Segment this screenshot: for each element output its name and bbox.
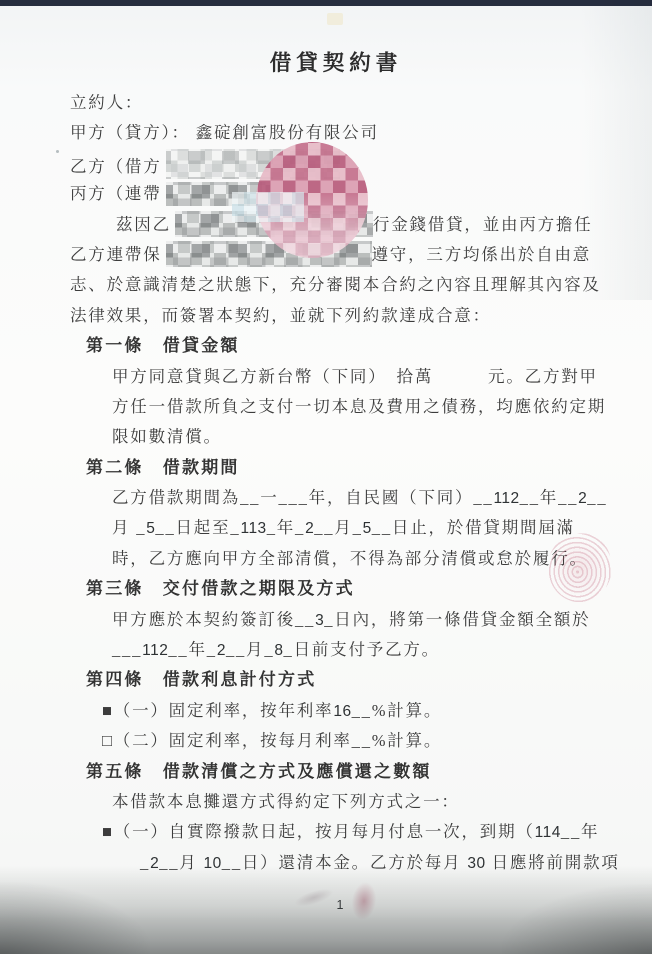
filled-in-number: 2 xyxy=(150,855,159,872)
text-line: 甲方應於本契約簽訂後__3_日內，將第一條借貸金額全額於 xyxy=(112,605,602,635)
text-segment: 甲方應於本契約簽訂後__ xyxy=(112,610,315,629)
section-heading: 第三條 交付借款之期限及方式 xyxy=(86,574,602,604)
filled-in-number: 2 xyxy=(578,490,587,507)
text-line: □（二）固定利率，按每月利率__%計算。 xyxy=(102,726,602,756)
filled-in-number: 5 xyxy=(363,520,372,537)
text-segment: __日）還清本金。乙方於每月 xyxy=(222,853,468,872)
paper-speck xyxy=(327,13,343,25)
text-segment: __月_ xyxy=(314,518,362,537)
text-segment: 時，乙方應向甲方全部清償，不得為部分清償或怠於履行。 xyxy=(112,549,588,568)
text-segment: 志、於意識清楚之狀態下，充分審閱本合約之內容且理解其內容及 xyxy=(70,275,601,294)
text-segment: 本借款本息攤還方式得約定下列方式之一： xyxy=(112,792,460,811)
text-segment: __日起至_ xyxy=(155,518,240,537)
text-segment: 茲因乙 xyxy=(116,215,171,234)
text-segment: __月_ xyxy=(226,640,274,659)
filled-in-number: 8 xyxy=(274,642,283,659)
text-segment: 第五條 借款清償之方式及應償還之數額 xyxy=(86,762,432,781)
filled-in-number: 113 xyxy=(240,520,266,537)
text-segment: _日前支付予乙方。 xyxy=(284,640,440,659)
text-segment: ■（一）固定利率，按年利率 xyxy=(102,701,333,720)
text-line: ■（一）自實際撥款日起，按月每月付息一次，到期（114__年 xyxy=(102,817,602,847)
text-segment: __年 xyxy=(561,822,599,841)
text-segment: 法律效果，而簽署本契約，並就下列約款達成合意： xyxy=(70,306,491,325)
text-segment: 丙方（連帶 xyxy=(70,184,162,203)
section-heading: 第一條 借貸金額 xyxy=(86,331,602,361)
text-segment: 限如數清償。 xyxy=(112,427,222,446)
filled-in-number: 2 xyxy=(305,520,314,537)
text-segment: ___ xyxy=(112,640,142,659)
text-segment: __日止，於借貸期間屆滿 xyxy=(372,518,575,537)
scan-edge-bar xyxy=(0,0,652,6)
filled-in-number: 112 xyxy=(493,490,519,507)
text-line: ___112__年_2__月_8_日前支付予乙方。 xyxy=(112,635,602,665)
scan-shadow xyxy=(0,882,150,954)
text-line: 甲方同意貸與乙方新台幣（下同） 拾萬 元。乙方對甲 xyxy=(112,362,602,392)
text-segment: 遵守，三方均係出於自由意 xyxy=(372,245,592,264)
text-line: _2__月 10__日）還清本金。乙方於每月 30 日應將前開款項 xyxy=(140,848,602,878)
text-line: 乙方借款期間為__一___年，自民國（下同）__112__年__2__ xyxy=(112,483,602,513)
text-segment: 第三條 交付借款之期限及方式 xyxy=(86,579,355,598)
text-line: 立約人： xyxy=(70,88,602,118)
text-segment: __%計算。 xyxy=(352,701,443,720)
filled-in-number: 30 xyxy=(467,855,485,872)
text-line: 志、於意識清楚之狀態下，充分審閱本合約之內容且理解其內容及 xyxy=(70,270,602,300)
page-number: 1 xyxy=(0,898,652,912)
text-segment: 立約人： xyxy=(70,93,143,112)
text-segment: __ xyxy=(587,488,607,507)
text-segment: 第一條 借貸金額 xyxy=(86,336,240,355)
text-segment: _日內，將第一條借貸金額全額於 xyxy=(324,610,590,629)
text-line: 月 _5__日起至_113_年_2__月_5__日止，於借貸期間屆滿 xyxy=(112,513,602,543)
text-segment: 日應將前開款項 xyxy=(486,853,620,872)
text-segment: 乙方借款期間為__一___年，自民國（下同）__ xyxy=(112,488,493,507)
scanned-contract-page: 借貸契約書 立約人：甲方（貸方）： 鑫碇創富股份有限公司乙方（借方丙方（連帶茲因… xyxy=(0,0,652,954)
section-heading: 第二條 借款期間 xyxy=(86,453,602,483)
scan-shadow xyxy=(502,884,652,954)
text-line: 法律效果，而簽署本契約，並就下列約款達成合意： xyxy=(70,301,602,331)
filled-in-number: 114 xyxy=(535,824,561,841)
text-segment: _年_ xyxy=(267,518,305,537)
filled-in-number: 2 xyxy=(217,642,226,659)
text-segment: _ xyxy=(140,853,150,872)
text-line: 時，乙方應向甲方全部清償，不得為部分清償或怠於履行。 xyxy=(112,544,602,574)
text-line: 本借款本息攤還方式得約定下列方式之一： xyxy=(112,787,602,817)
filled-in-number: 10 xyxy=(204,855,222,872)
text-segment: 月 _ xyxy=(112,518,146,537)
redaction-blue-patch xyxy=(232,192,304,222)
text-segment: □（二）固定利率，按每月利率__%計算。 xyxy=(102,731,442,750)
text-segment: 方任一借款所負之支付一切本息及費用之債務，均應依約定期 xyxy=(112,397,606,416)
text-line: ■（一）固定利率，按年利率16__%計算。 xyxy=(102,696,602,726)
text-segment: __年__ xyxy=(520,488,579,507)
text-segment: __年_ xyxy=(168,640,216,659)
text-line: 方任一借款所負之支付一切本息及費用之債務，均應依約定期 xyxy=(112,392,602,422)
document-title: 借貸契約書 xyxy=(0,46,652,77)
text-segment: 甲方（貸方）： 鑫碇創富股份有限公司 xyxy=(70,123,379,142)
section-heading: 第四條 借款利息計付方式 xyxy=(86,665,602,695)
text-segment: 乙方連帶保 xyxy=(70,245,162,264)
text-line: 甲方（貸方）： 鑫碇創富股份有限公司 xyxy=(70,118,602,148)
text-line: 限如數清償。 xyxy=(112,422,602,452)
filled-in-number: 3 xyxy=(315,612,324,629)
text-segment: 乙方（借方 xyxy=(70,157,162,176)
section-heading: 第五條 借款清償之方式及應償還之數額 xyxy=(86,757,602,787)
filled-in-number: 112 xyxy=(142,642,168,659)
text-segment: 甲方同意貸與乙方新台幣（下同） 拾萬 元。乙方對甲 xyxy=(112,367,598,386)
filled-in-number: 16 xyxy=(333,703,351,720)
paper-speck xyxy=(56,150,59,153)
text-segment: 第四條 借款利息計付方式 xyxy=(86,670,316,689)
text-segment: 第二條 借款期間 xyxy=(86,458,240,477)
text-segment: ■（一）自實際撥款日起，按月每月付息一次，到期（ xyxy=(102,822,535,841)
text-segment: 行金錢借貸，並由丙方擔任 xyxy=(373,215,593,234)
text-segment: __月 xyxy=(159,853,203,872)
